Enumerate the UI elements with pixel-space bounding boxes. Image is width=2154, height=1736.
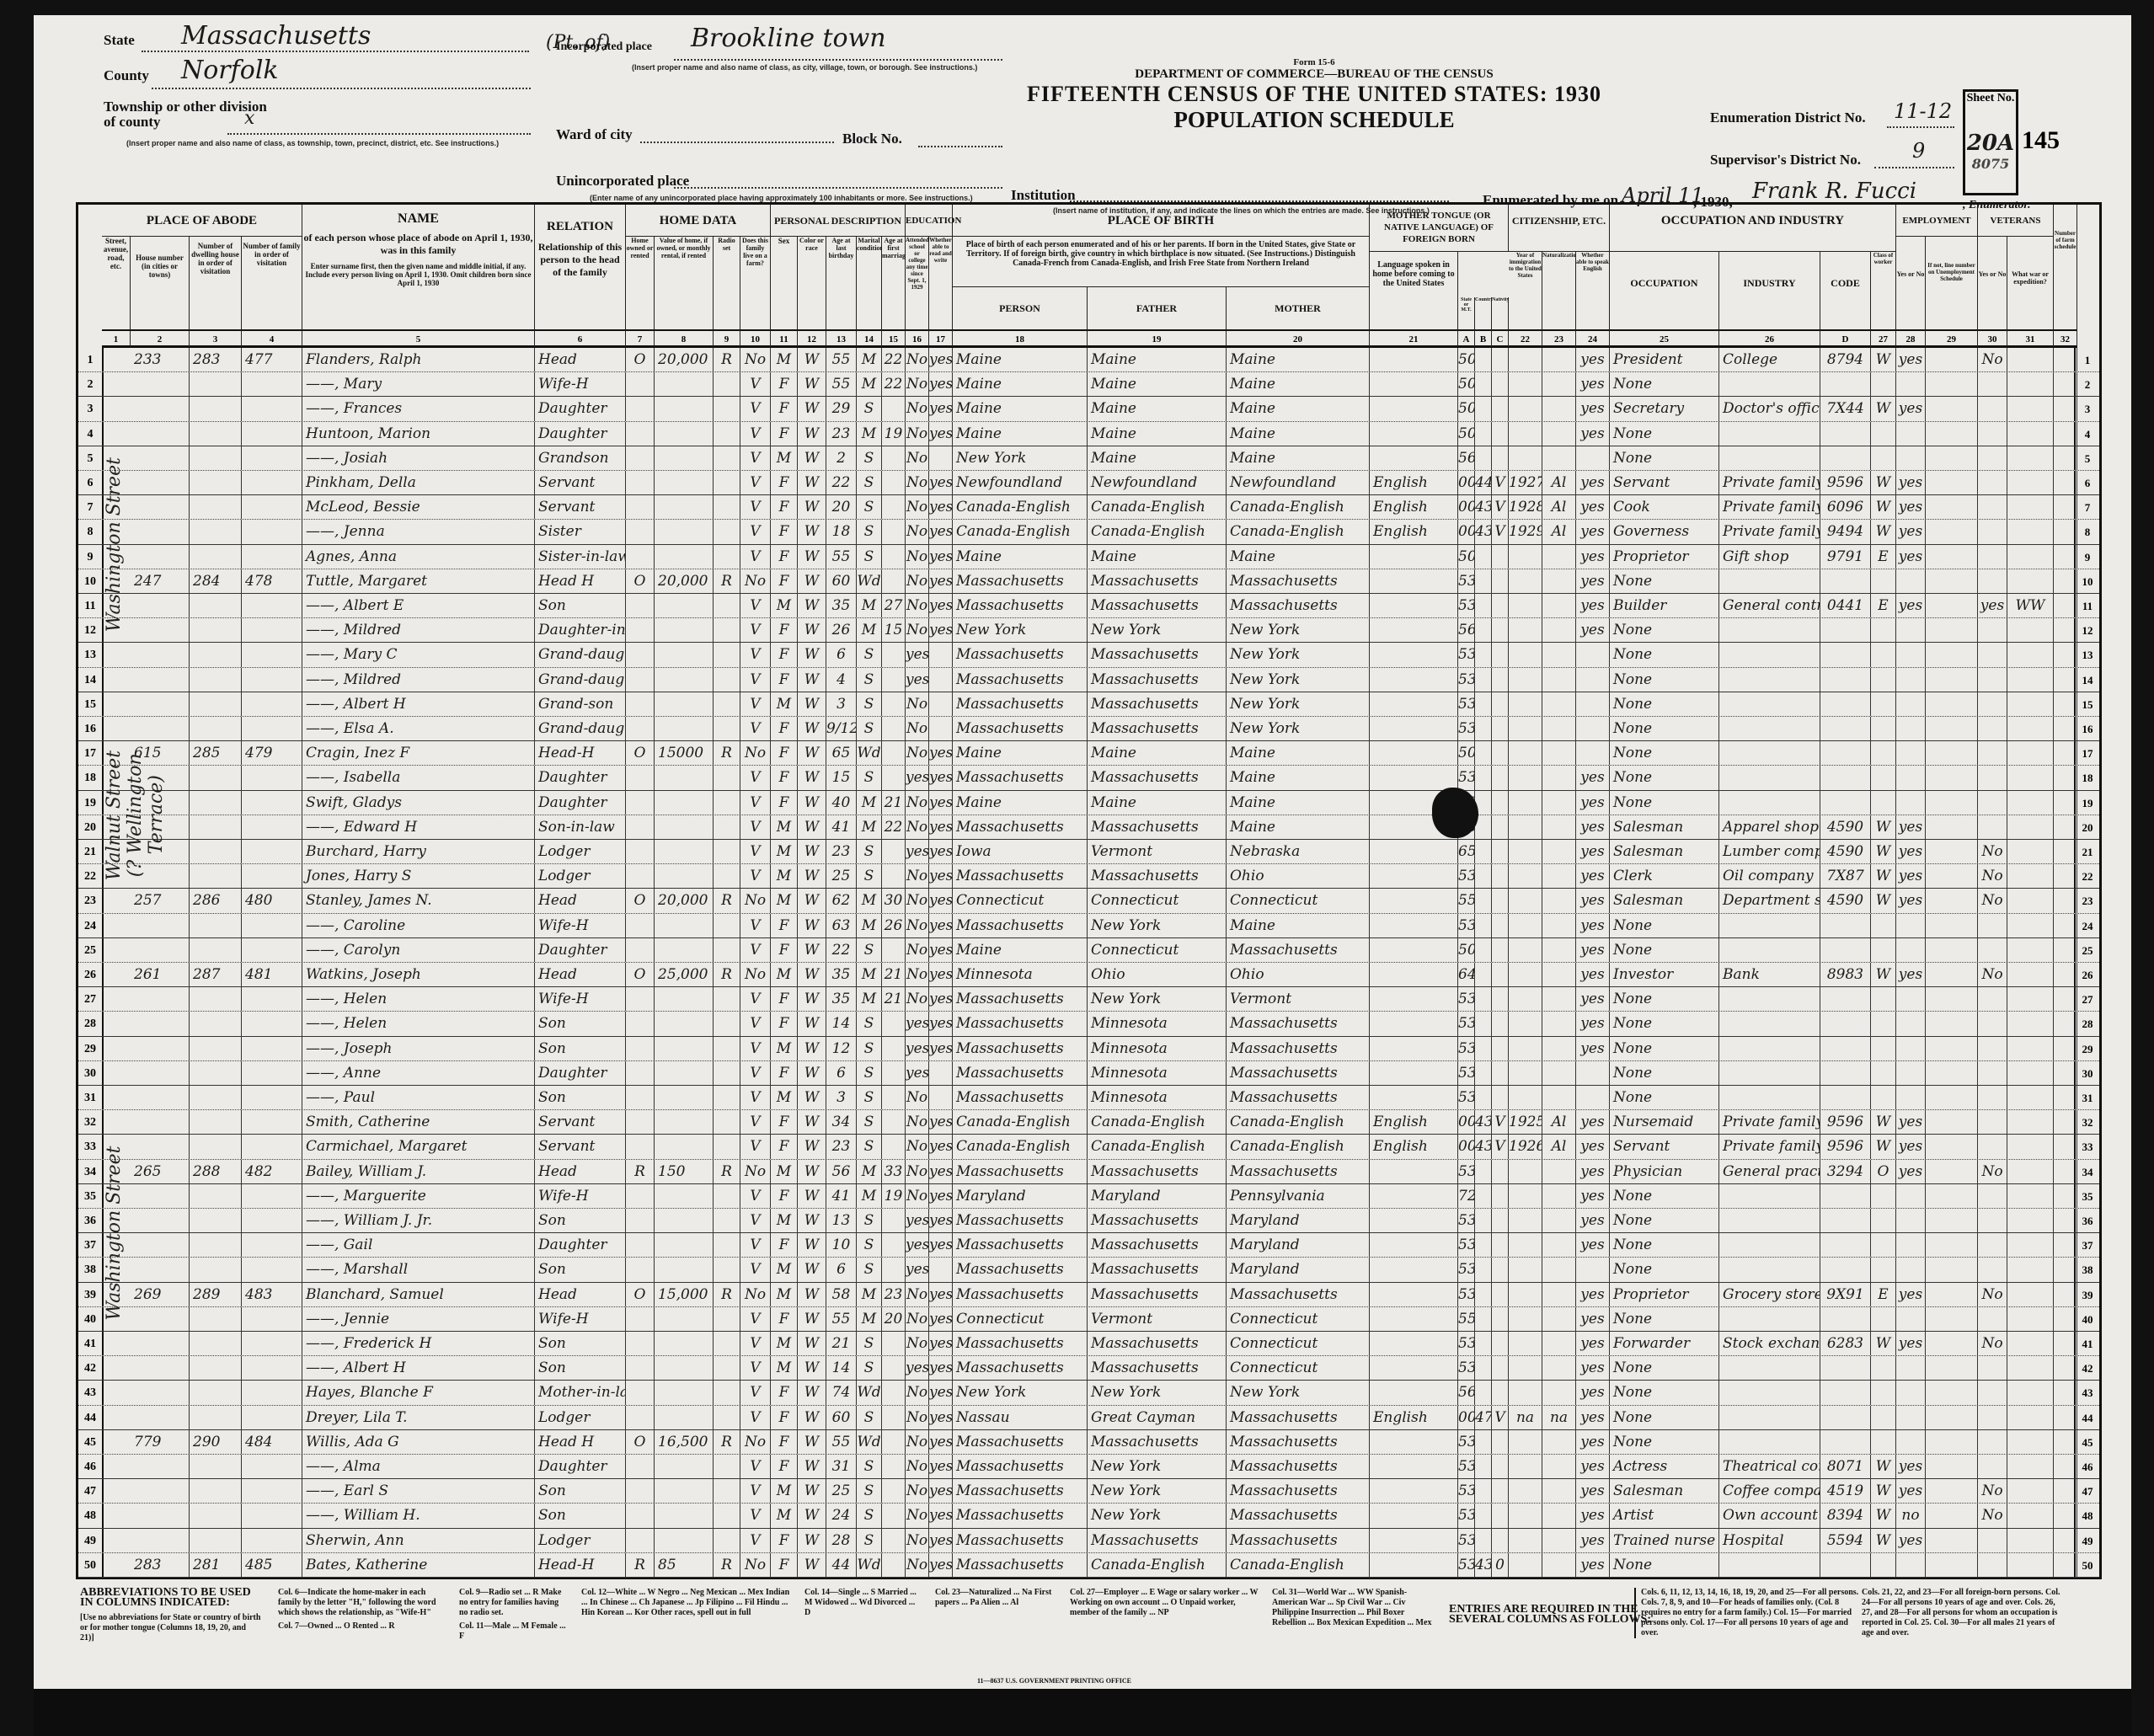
cell-lang: English [1370, 495, 1458, 519]
table-row: 35——, MargueriteWife-HVFW41M19NoyesMaryl… [78, 1184, 2099, 1209]
cell-code-b [1475, 1504, 1492, 1527]
cell-first-marr: 19 [882, 422, 906, 446]
cell-occ: None [1610, 914, 1719, 937]
cell-pob-f: Vermont [1088, 840, 1227, 863]
column-number: 4 [242, 329, 302, 348]
cell-english: yes [1576, 1381, 1610, 1404]
cell-radio: R [714, 741, 740, 765]
cell-relation: Lodger [535, 1529, 626, 1552]
cell-unemp [1926, 1479, 1978, 1503]
cell-house [131, 1012, 190, 1035]
cell-sex: F [771, 766, 798, 789]
cell-relation: Son [535, 1479, 626, 1503]
cell-relation: Head-H [535, 741, 626, 765]
cell-relation: Lodger [535, 840, 626, 863]
cell-family [242, 938, 302, 962]
column-number: 7 [626, 329, 655, 348]
cell-vet [1978, 1430, 2007, 1454]
column-number: 13 [826, 329, 857, 348]
table-row: 19Swift, GladysDaughterVFW40M21NoyesMain… [78, 791, 2099, 815]
cell-english: yes [1576, 1233, 1610, 1257]
cell-house [131, 1381, 190, 1404]
cell-first-marr: 21 [882, 791, 906, 815]
cell-radio [714, 1381, 740, 1404]
cell-imm [1509, 545, 1542, 569]
cell-war [2007, 1504, 2054, 1527]
cell-relation: Wife-H [535, 372, 626, 396]
right-line-number: 19 [2074, 791, 2099, 815]
cell-lang [1370, 1184, 1458, 1208]
cell-vet [1978, 1061, 2007, 1085]
cell-code-d: 4519 [1820, 1479, 1871, 1503]
cell-war [2007, 815, 2054, 839]
cell-farm: V [740, 1184, 771, 1208]
cell-ind [1719, 717, 1820, 740]
cell-lang [1370, 422, 1458, 446]
cell-occ: None [1610, 987, 1719, 1011]
cell-name: ——, Caroline [302, 914, 535, 937]
cell-ind: Own account [1719, 1504, 1820, 1527]
cell-school: No [906, 1529, 929, 1552]
cell-house [131, 692, 190, 716]
cell-code-c [1492, 545, 1509, 569]
cell-imm [1509, 963, 1542, 986]
cell-cls [1871, 938, 1896, 962]
cell-age: 21 [826, 1332, 857, 1355]
line-number: 41 [78, 1332, 104, 1355]
cell-occ: None [1610, 372, 1719, 396]
cell-farm: No [740, 741, 771, 765]
cell-read: yes [929, 372, 953, 396]
cell-value [655, 766, 714, 789]
cell-imm: 1928 [1509, 495, 1542, 519]
cell-read: yes [929, 1283, 953, 1306]
cell-sex: F [771, 372, 798, 396]
cell-ind: Apparel shop [1719, 815, 1820, 839]
cell-first-marr: 26 [882, 914, 906, 937]
cell-name: ——, Frances [302, 397, 535, 420]
cell-lang [1370, 987, 1458, 1011]
right-line-number: 44 [2074, 1406, 2099, 1429]
cell-cls: W [1871, 348, 1896, 371]
cell-radio [714, 914, 740, 937]
cell-lang [1370, 446, 1458, 470]
cell-vet [1978, 1135, 2007, 1158]
cell-name: ——, Gail [302, 1233, 535, 1257]
cell-war [2007, 692, 2054, 716]
cell-house [131, 987, 190, 1011]
cell-ind [1719, 1553, 1820, 1577]
cell-english: yes [1576, 963, 1610, 986]
cell-code-a: 50 [1458, 938, 1475, 962]
cell-occ: Trained nurse [1610, 1529, 1719, 1552]
cell-family [242, 1406, 302, 1429]
right-line-number: 43 [2074, 1381, 2099, 1404]
cell-school: No [906, 545, 929, 569]
cell-code-a: 53 [1458, 1553, 1475, 1577]
cell-first-marr: 21 [882, 963, 906, 986]
cell-dwelling [190, 987, 242, 1011]
cell-cls [1871, 741, 1896, 765]
cell-value [655, 938, 714, 962]
right-line-number: 16 [2074, 717, 2099, 740]
cell-work [1896, 1184, 1926, 1208]
cell-farm: V [740, 692, 771, 716]
cell-value [655, 914, 714, 937]
cell-dwelling [190, 397, 242, 420]
cell-unemp [1926, 1332, 1978, 1355]
cell-war [2007, 1430, 2054, 1454]
cell-family [242, 1233, 302, 1257]
cell-race: W [798, 1455, 826, 1478]
right-line-number: 2 [2074, 372, 2099, 396]
cell-code-b [1475, 1283, 1492, 1306]
county-value: Norfolk [181, 56, 279, 85]
cell-pob: Massachusetts [953, 1529, 1088, 1552]
column-number: 30 [1978, 329, 2007, 348]
cell-radio [714, 791, 740, 815]
cell-unemp [1926, 1086, 1978, 1109]
cell-occ: Salesman [1610, 889, 1719, 912]
right-line-number: 31 [2074, 1086, 2099, 1109]
line-number: 36 [78, 1209, 104, 1232]
cell-sex: F [771, 1135, 798, 1158]
cell-unemp [1926, 1110, 1978, 1134]
line-number: 46 [78, 1455, 104, 1478]
cell-radio [714, 643, 740, 666]
cell-relation: Servant [535, 471, 626, 494]
cell-house: 257 [131, 889, 190, 912]
cell-first-marr [882, 397, 906, 420]
col-occupation-header: OCCUPATION [1610, 252, 1719, 329]
cell-farm: V [740, 1504, 771, 1527]
cell-pob: Minnesota [953, 963, 1088, 986]
group-occupation-industry: OCCUPATION AND INDUSTRY [1610, 205, 1896, 252]
cell-family [242, 643, 302, 666]
cell-dwelling [190, 1037, 242, 1060]
cell-english: yes [1576, 987, 1610, 1011]
cell-value [655, 987, 714, 1011]
cell-work [1896, 446, 1926, 470]
cell-race: W [798, 1479, 826, 1503]
cell-work [1896, 1012, 1926, 1035]
cell-vet: No [1978, 1283, 2007, 1306]
column-number: 6 [535, 329, 626, 348]
street-name: Washington Street [104, 889, 132, 1578]
cell-dwelling [190, 422, 242, 446]
cell-code-c [1492, 1381, 1509, 1404]
cell-read: yes [929, 618, 953, 642]
line-number: 40 [78, 1307, 104, 1331]
cell-vet [1978, 495, 2007, 519]
cell-code-a: 53 [1458, 1086, 1475, 1109]
cell-lang [1370, 1037, 1458, 1060]
line-number: 33 [78, 1135, 104, 1158]
name-group-label: NAME [302, 211, 534, 227]
cell-code-d [1820, 987, 1871, 1011]
cell-radio [714, 864, 740, 888]
cell-code-d: 3294 [1820, 1160, 1871, 1183]
cell-name: ——, Mary C [302, 643, 535, 666]
cell-war [2007, 864, 2054, 888]
cell-ind: Doctor's office [1719, 397, 1820, 420]
cell-cls [1871, 643, 1896, 666]
cell-war [2007, 1209, 2054, 1232]
cell-marital: S [857, 766, 882, 789]
cell-lang [1370, 914, 1458, 937]
cell-code-d: 0441 [1820, 594, 1871, 617]
col-relation-header: RELATION Relationship of this person to … [535, 205, 626, 329]
cell-unemp [1926, 1406, 1978, 1429]
cell-imm [1509, 914, 1542, 937]
cell-pob-m: Canada-English [1227, 1553, 1370, 1577]
cell-school: No [906, 791, 929, 815]
cell-lang [1370, 889, 1458, 912]
cell-work: yes [1896, 1283, 1926, 1306]
cell-relation: Wife-H [535, 987, 626, 1011]
cell-code-d [1820, 1381, 1871, 1404]
cell-house [131, 914, 190, 937]
cell-radio [714, 1258, 740, 1281]
cell-first-marr: 21 [882, 987, 906, 1011]
cell-unemp [1926, 1455, 1978, 1478]
legend-col6-7: Col. 6—Indicate the home-maker in each f… [278, 1588, 446, 1632]
cell-owned: O [626, 963, 655, 986]
cell-english: yes [1576, 422, 1610, 446]
cell-english [1576, 1061, 1610, 1085]
cell-race: W [798, 397, 826, 420]
cell-school: No [906, 1479, 929, 1503]
right-line-number: 40 [2074, 1307, 2099, 1331]
col-immigration-header: Year of immigration to the United States [1509, 252, 1542, 329]
cell-pob: Connecticut [953, 889, 1088, 912]
cell-pob-m: Maine [1227, 914, 1370, 937]
cell-family [242, 1110, 302, 1134]
cell-imm [1509, 1553, 1542, 1577]
cell-name: ——, William H. [302, 1504, 535, 1527]
table-row: 18——, IsabellaDaughterVFW15SyesyesMassac… [78, 766, 2099, 790]
cell-vet [1978, 815, 2007, 839]
cell-vet: yes [1978, 594, 2007, 617]
right-line-number: 8 [2074, 520, 2099, 543]
cell-ind [1719, 987, 1820, 1011]
cell-english: yes [1576, 495, 1610, 519]
cell-dwelling [190, 471, 242, 494]
cell-english: yes [1576, 1209, 1610, 1232]
cell-code-a: 00 [1458, 1135, 1475, 1158]
cell-code-d: 4590 [1820, 889, 1871, 912]
cell-marital: Wd [857, 741, 882, 765]
cell-house [131, 1037, 190, 1060]
cell-occ: None [1610, 1012, 1719, 1035]
cell-value: 20,000 [655, 889, 714, 912]
cell-english: yes [1576, 1529, 1610, 1552]
cell-code-d [1820, 1209, 1871, 1232]
cell-work [1896, 569, 1926, 593]
table-row: 44Dreyer, Lila T.LodgerVFW60SNoyesNassau… [78, 1406, 2099, 1430]
cell-ind [1719, 1406, 1820, 1429]
cell-lang [1370, 1012, 1458, 1035]
cell-house [131, 1529, 190, 1552]
cell-lang [1370, 372, 1458, 396]
cell-pob: Iowa [953, 840, 1088, 863]
cell-family [242, 1184, 302, 1208]
cell-occ: None [1610, 1037, 1719, 1060]
cell-owned [626, 815, 655, 839]
cell-dwelling: 284 [190, 569, 242, 593]
right-line-number: 42 [2074, 1356, 2099, 1380]
cell-war [2007, 914, 2054, 937]
col-school-header: Attended school or college any time sinc… [906, 237, 929, 329]
cell-nat [1542, 569, 1576, 593]
cell-war [2007, 1307, 2054, 1331]
cell-house [131, 1332, 190, 1355]
cell-sex: M [771, 815, 798, 839]
cell-code-d [1820, 446, 1871, 470]
cell-relation: Grandson [535, 446, 626, 470]
cell-value [655, 791, 714, 815]
cell-read: yes [929, 791, 953, 815]
cell-relation: Sister-in-law [535, 545, 626, 569]
cell-marital: Wd [857, 1553, 882, 1577]
cell-imm [1509, 938, 1542, 962]
cell-imm [1509, 864, 1542, 888]
col-house-number-header: House number (in cities or towns) [131, 237, 190, 329]
cell-code-c [1492, 914, 1509, 937]
cell-ind [1719, 1061, 1820, 1085]
cell-nat: Al [1542, 471, 1576, 494]
cell-work: yes [1896, 495, 1926, 519]
cell-school: No [906, 397, 929, 420]
cell-code-c [1492, 791, 1509, 815]
cell-read [929, 446, 953, 470]
cell-marital: M [857, 348, 882, 371]
cell-unemp [1926, 446, 1978, 470]
cell-code-a: 00 [1458, 1110, 1475, 1134]
block-label: Block No. [842, 131, 902, 147]
cell-race: W [798, 495, 826, 519]
cell-sex: F [771, 1307, 798, 1331]
column-number: B [1475, 329, 1492, 348]
cell-first-marr [882, 446, 906, 470]
cell-code-b [1475, 1479, 1492, 1503]
cell-nat [1542, 668, 1576, 692]
line-number: 49 [78, 1529, 104, 1552]
cell-relation: Grand-daughter [535, 643, 626, 666]
cell-farm: V [740, 717, 771, 740]
cell-name: Hayes, Blanche F [302, 1381, 535, 1404]
table-row: 36——, William J. Jr.SonVMW13SyesyesMassa… [78, 1209, 2099, 1233]
state-line [142, 51, 529, 52]
cell-marital: M [857, 914, 882, 937]
cell-sex: M [771, 1086, 798, 1109]
legend-col11: Col. 11—Male ... M Female ... F [459, 1621, 569, 1642]
col-name-header: NAME of each person whose place of abode… [302, 205, 535, 329]
line-number: 47 [78, 1479, 104, 1503]
cell-nat [1542, 397, 1576, 420]
cell-farm: V [740, 668, 771, 692]
cell-radio: R [714, 1553, 740, 1577]
cell-sex: F [771, 987, 798, 1011]
cell-family [242, 1135, 302, 1158]
cell-imm [1509, 1233, 1542, 1257]
cell-vet [1978, 1110, 2007, 1134]
right-line-number: 48 [2074, 1504, 2099, 1527]
cell-pob: Massachusetts [953, 864, 1088, 888]
cell-relation: Head H [535, 1430, 626, 1454]
table-row: 17615285479Cragin, Inez FHead-HO15000RNo… [78, 741, 2099, 766]
cell-pob: New York [953, 446, 1088, 470]
cell-marital: S [857, 1455, 882, 1478]
cell-dwelling [190, 1406, 242, 1429]
cell-imm [1509, 1037, 1542, 1060]
cell-pob-m: Maine [1227, 348, 1370, 371]
col-naturalization-header: Naturalization [1542, 252, 1576, 329]
cell-lang [1370, 348, 1458, 371]
cell-value [655, 1307, 714, 1331]
cell-name: ——, Isabella [302, 766, 535, 789]
cell-read: yes [929, 422, 953, 446]
cell-sex: F [771, 1233, 798, 1257]
cell-read: yes [929, 840, 953, 863]
cell-lang [1370, 1258, 1458, 1281]
cell-code-d: 9X91 [1820, 1283, 1871, 1306]
cell-english: yes [1576, 1283, 1610, 1306]
right-line-number: 26 [2074, 963, 2099, 986]
cell-pob-f: Massachusetts [1088, 1160, 1227, 1183]
cell-english: yes [1576, 1012, 1610, 1035]
cell-nat: na [1542, 1406, 1576, 1429]
cell-dwelling [190, 1258, 242, 1281]
cell-vet: No [1978, 963, 2007, 986]
cell-code-d [1820, 618, 1871, 642]
cell-value [655, 840, 714, 863]
cell-pob: Maine [953, 372, 1088, 396]
right-line-number: 17 [2074, 741, 2099, 765]
cell-ind [1719, 914, 1820, 937]
line-number: 38 [78, 1258, 104, 1281]
cell-code-b: 43 [1475, 1135, 1492, 1158]
table-row: 23257286480Stanley, James N.HeadO20,000R… [78, 889, 2099, 913]
census-title: FIFTEENTH CENSUS OF THE UNITED STATES: 1… [994, 82, 1634, 107]
cell-value: 20,000 [655, 348, 714, 371]
cell-unemp [1926, 495, 1978, 519]
cell-age: 15 [826, 766, 857, 789]
cell-code-d: 7X44 [1820, 397, 1871, 420]
cell-first-marr: 20 [882, 1307, 906, 1331]
cell-name: Huntoon, Marion [302, 422, 535, 446]
cell-farm: V [740, 618, 771, 642]
cell-code-d [1820, 741, 1871, 765]
cell-age: 40 [826, 791, 857, 815]
cell-work [1896, 1209, 1926, 1232]
cell-read: yes [929, 1135, 953, 1158]
cell-age: 23 [826, 422, 857, 446]
cell-first-marr: 33 [882, 1160, 906, 1183]
cell-race: W [798, 815, 826, 839]
cell-value [655, 1209, 714, 1232]
cell-ind [1719, 1258, 1820, 1281]
cell-owned: R [626, 1553, 655, 1577]
cell-marital: M [857, 815, 882, 839]
col-dwelling-header: Number of dwelling house in order of vis… [190, 237, 242, 329]
cell-code-b [1475, 1307, 1492, 1331]
cell-relation: Head [535, 963, 626, 986]
cell-sex: F [771, 668, 798, 692]
cell-age: 22 [826, 938, 857, 962]
cell-dwelling: 288 [190, 1160, 242, 1183]
cell-cls [1871, 618, 1896, 642]
